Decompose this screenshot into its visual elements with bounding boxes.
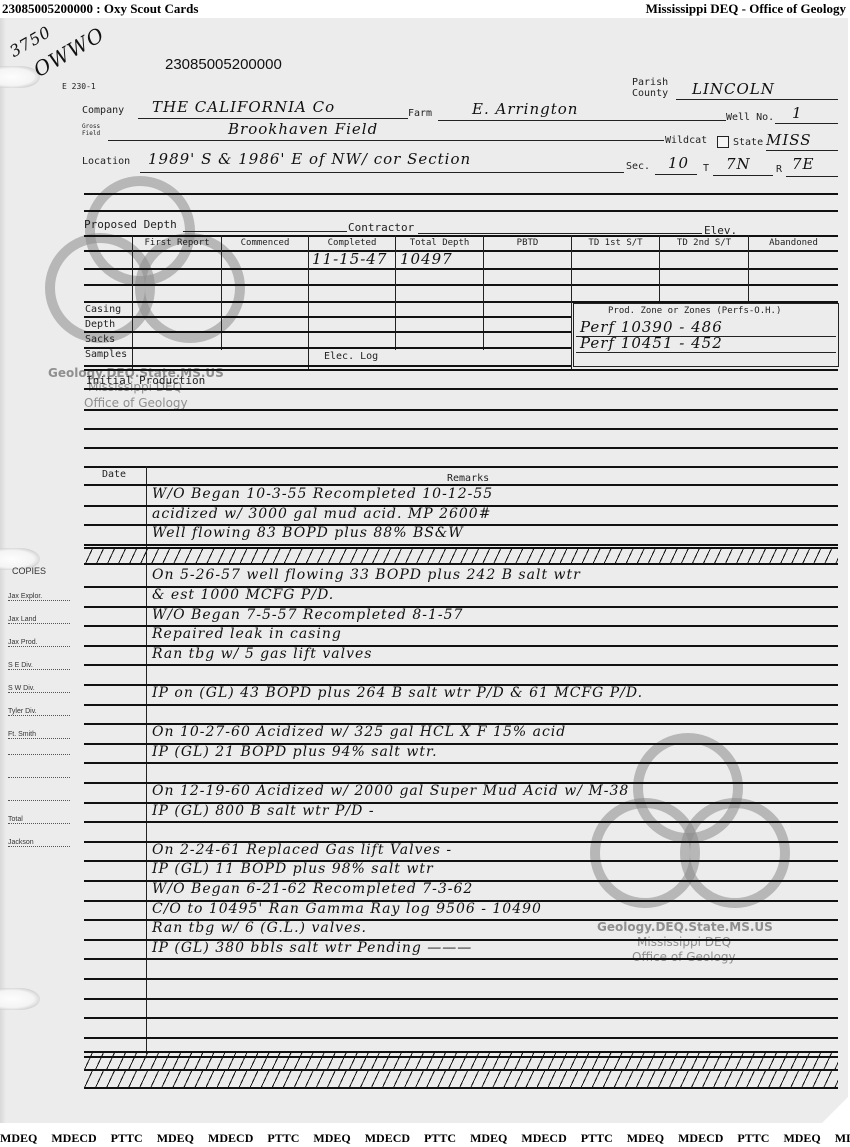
footer-item: PTTC <box>581 1131 613 1145</box>
county-label: County <box>632 88 668 99</box>
footer-item: MDECD <box>208 1131 253 1145</box>
parish-label: Parish <box>632 77 668 88</box>
remark-line: W/O Began 7-5-57 Recompleted 8-1-57 <box>152 607 463 623</box>
prod-zone-2: Perf 10451 - 452 <box>580 334 723 352</box>
table-header-first-report: First Report <box>133 238 221 248</box>
footer-item: MDECD <box>51 1131 96 1145</box>
hatched-row <box>84 1069 838 1089</box>
remark-line: IP (GL) 800 B salt wtr P/D - <box>152 803 375 819</box>
remark-line: On 2-24-61 Replaced Gas lift Valves - <box>152 842 452 858</box>
table-header-td-1st-s-t: TD 1st S/T <box>572 238 659 248</box>
parish-county-label: Parish County <box>632 77 668 99</box>
footer-item: MDECD <box>835 1131 850 1145</box>
punch-hole <box>0 988 40 1010</box>
elec-log-label: Elec. Log <box>324 351 378 362</box>
footer-item: PTTC <box>737 1131 769 1145</box>
footer-item: MDECD <box>521 1131 566 1145</box>
form-number: E 230-1 <box>62 82 96 91</box>
proposed-depth-label: Proposed Depth <box>84 218 177 231</box>
footer-item: PTTC <box>111 1131 143 1145</box>
casing-label: Casing <box>85 304 121 315</box>
table-header-abandoned: Abandoned <box>749 238 838 248</box>
copies-item: Ft. Smith <box>8 731 70 739</box>
api-number: 23085005200000 <box>165 56 282 73</box>
state-value: MISS <box>766 131 812 149</box>
copies-item: S E Div. <box>8 662 70 670</box>
footer-item: MDEQ <box>157 1131 194 1145</box>
township-label: T <box>703 163 709 174</box>
remark-line: On 10-27-60 Acidized w/ 325 gal HCL X F … <box>152 724 566 740</box>
remark-line: C/O to 10495' Ran Gamma Ray log 9506 - 1… <box>152 901 542 917</box>
remark-line: IP (GL) 380 bbls salt wtr Pending ——— <box>152 940 472 956</box>
scout-card: Geology.DEQ.State.MS.US Mississippi DEQ … <box>0 18 848 1123</box>
remark-line: W/O Began 6-21-62 Recompleted 7-3-62 <box>152 881 473 897</box>
table-header-td-2nd-s-t: TD 2nd S/T <box>660 238 748 248</box>
copies-item: Jackson <box>8 839 70 847</box>
date-label: Date <box>102 469 126 480</box>
sec-value: 10 <box>668 154 689 172</box>
watermark-text: Office of Geology <box>632 950 736 964</box>
company-label: Company <box>82 105 124 116</box>
depth-label: Depth <box>85 319 115 330</box>
remark-line: acidized w/ 3000 gal mud acid. MP 2600# <box>152 506 491 522</box>
copies-item <box>8 777 70 778</box>
footer-banner: MDEQMDECDPTTCMDEQMDECDPTTCMDEQMDECDPTTCM… <box>0 1130 850 1147</box>
footer-item: MDEQ <box>470 1131 507 1145</box>
copies-item: Tyler Div. <box>8 708 70 716</box>
hatched-separator <box>84 547 838 565</box>
table-header-completed: Completed <box>309 238 395 248</box>
watermark-text: Mississippi DEQ <box>637 935 731 949</box>
prod-zone-label: Prod. Zone or Zones (Perfs-O.H.) <box>608 306 781 316</box>
remark-line: W/O Began 10-3-55 Recompleted 10-12-55 <box>152 486 493 502</box>
farm-label: Farm <box>408 108 432 119</box>
remark-line: IP (GL) 21 BOPD plus 94% salt wtr. <box>152 744 438 760</box>
field-value: Brookhaven Field <box>228 120 378 138</box>
footer-item: MDEQ <box>783 1131 820 1145</box>
copies-item: Jax Prod. <box>8 639 70 647</box>
remarks-label: Remarks <box>447 473 489 484</box>
wildcat-checkbox[interactable] <box>717 136 729 148</box>
total-depth-value: 10497 <box>400 250 453 268</box>
footer-item: MDEQ <box>627 1131 664 1145</box>
wildcat-label: Wildcat <box>665 135 707 146</box>
remark-line: Ran tbg w/ 5 gas lift valves <box>152 646 372 662</box>
completed-value: 11-15-47 <box>312 250 387 268</box>
remark-line: Ran tbg w/ 6 (G.L.) valves. <box>152 920 367 936</box>
footer-item: MDEQ <box>313 1131 350 1145</box>
remark-line: Well flowing 83 BOPD plus 88% BS&W <box>152 525 464 541</box>
hatched-row <box>84 1051 838 1071</box>
watermark-logo-ring <box>680 798 790 908</box>
county-value: LINCOLN <box>692 80 775 98</box>
sacks-label: Sacks <box>85 334 115 345</box>
well-no-label: Well No. <box>726 112 774 123</box>
farm-value: E. Arrington <box>472 100 578 118</box>
copies-item <box>8 800 70 801</box>
location-label: Location <box>82 156 130 167</box>
copies-item: Jax Land <box>8 616 70 624</box>
remark-line: IP on (GL) 43 BOPD plus 264 B salt wtr P… <box>152 685 643 701</box>
table-header-pbtd: PBTD <box>484 238 571 248</box>
company-value: THE CALIFORNIA Co <box>152 98 335 116</box>
contractor-label: Contractor <box>348 221 414 234</box>
footer-item: PTTC <box>267 1131 299 1145</box>
gross-label: Gross <box>82 123 100 130</box>
remark-line: On 12-19-60 Acidized w/ 2000 gal Super M… <box>152 783 629 799</box>
copies-item <box>8 754 70 755</box>
initial-production-label: Initial Production <box>86 374 205 387</box>
footer-item: MDECD <box>678 1131 723 1145</box>
remark-line: & est 1000 MCFG P/D. <box>152 587 334 603</box>
copies-item: Total <box>8 816 70 824</box>
footer-item: MDEQ <box>0 1131 37 1145</box>
range-value: 7E <box>792 155 815 173</box>
watermark-text: Office of Geology <box>84 396 188 410</box>
samples-label: Samples <box>85 349 127 360</box>
page-header-title: 23085005200000 : Oxy Scout Cards <box>2 0 198 18</box>
watermark-text: Geology.DEQ.State.MS.US <box>597 920 773 934</box>
well-no-value: 1 <box>792 104 803 122</box>
footer-item: PTTC <box>424 1131 456 1145</box>
table-header-commenced: Commenced <box>222 238 308 248</box>
page-header-source: Mississippi DEQ - Office of Geology <box>646 0 846 18</box>
field-label-text: Field <box>82 130 100 137</box>
footer-item: MDECD <box>365 1131 410 1145</box>
remark-line: IP (GL) 11 BOPD plus 98% salt wtr <box>152 861 434 877</box>
state-label: State <box>733 137 763 148</box>
copies-title: COPIES <box>12 566 46 576</box>
copies-item: S W Div. <box>8 685 70 693</box>
cut-corner <box>822 1097 848 1123</box>
range-label: R <box>776 164 782 175</box>
table-header-total-depth: Total Depth <box>396 238 483 248</box>
sec-label: Sec. <box>626 161 650 172</box>
copies-item: Jax Explor. <box>8 593 70 601</box>
field-label: Gross Field <box>82 123 100 137</box>
location-value: 1989' S & 1986' E of NW/ cor Section <box>148 150 471 168</box>
township-value: 7N <box>726 155 751 173</box>
remark-line: Repaired leak in casing <box>152 626 342 642</box>
remark-line: On 5-26-57 well flowing 33 BOPD plus 242… <box>152 567 581 583</box>
